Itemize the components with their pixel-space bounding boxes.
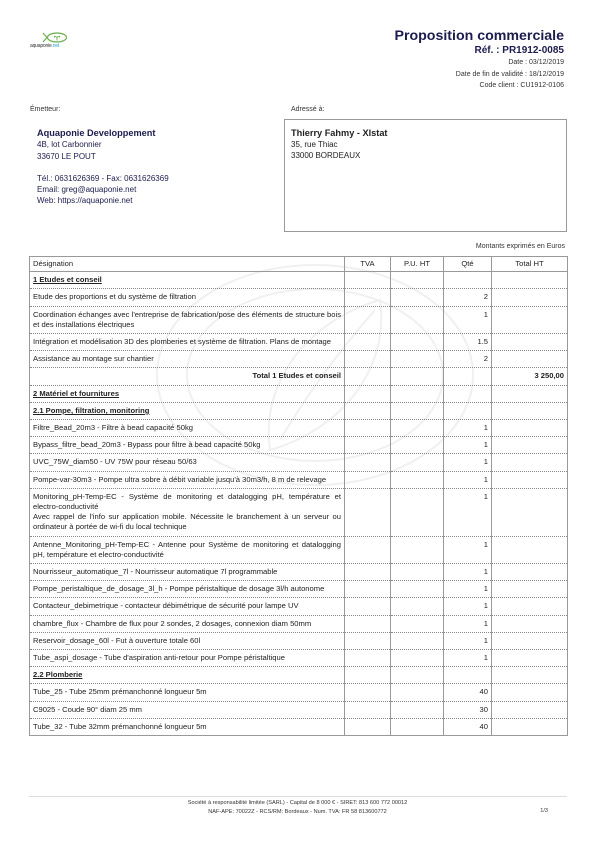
cell-tva (345, 351, 391, 368)
cell-quantity: 1 (444, 306, 492, 333)
cell-total (492, 701, 568, 718)
cell-total (492, 334, 568, 351)
cell-tva (345, 488, 391, 536)
header-unit-price: P.U. HT (391, 257, 444, 272)
table-row: Filtre_Bead_20m3 - Filtre à bead capacit… (30, 420, 568, 437)
cell-total (492, 650, 568, 667)
cell-total (492, 402, 568, 419)
cell-tva (345, 564, 391, 581)
cell-tva (345, 684, 391, 701)
document-reference: Réf. : PR1912-0085 (394, 44, 564, 57)
cell-designation: Etude des proportions et du système de f… (30, 289, 345, 306)
cell-total (492, 351, 568, 368)
cell-designation: Assistance au montage sur chantier (30, 351, 345, 368)
cell-tva (345, 471, 391, 488)
table-header-row: Désignation TVA P.U. HT Qté Total HT (30, 257, 568, 272)
cell-unit-price (391, 701, 444, 718)
cell-designation: Nourrisseur_automatique_7l - Nourrisseur… (30, 564, 345, 581)
cell-unit-price (391, 632, 444, 649)
cell-quantity (444, 272, 492, 289)
cell-quantity: 1 (444, 650, 492, 667)
section-row: 1 Etudes et conseil (30, 272, 568, 289)
cell-designation: Monitoring_pH-Temp-EC - Système de monit… (30, 488, 345, 536)
cell-designation: Antenne_Monitoring_pH-Temp-EC - Antenne … (30, 536, 345, 563)
cell-total (492, 385, 568, 402)
document-title: Proposition commerciale (394, 28, 564, 44)
table-row: Tube_25 - Tube 25mm prémanchonné longueu… (30, 684, 568, 701)
cell-quantity: 40 (444, 684, 492, 701)
cell-designation: Tube_32 - Tube 32mm prémanchonné longueu… (30, 718, 345, 735)
cell-designation: 2.2 Plomberie (30, 667, 345, 684)
section-row: 2 Matériel et fournitures (30, 385, 568, 402)
company-logo: aquaponie.net (30, 32, 80, 54)
cell-unit-price (391, 368, 444, 385)
cell-tva (345, 402, 391, 419)
cell-unit-price (391, 684, 444, 701)
cell-quantity: 1 (444, 454, 492, 471)
cell-quantity: 30 (444, 701, 492, 718)
cell-unit-price (391, 272, 444, 289)
cell-total (492, 564, 568, 581)
cell-unit-price (391, 581, 444, 598)
cell-total (492, 718, 568, 735)
recipient-address-line1: 35, rue Thiac (291, 139, 560, 150)
cell-quantity: 40 (444, 718, 492, 735)
cell-total (492, 306, 568, 333)
cell-quantity: 2 (444, 351, 492, 368)
table-row: C9025 - Coude 90° diam 25 mm30 (30, 701, 568, 718)
cell-tva (345, 289, 391, 306)
cell-designation: Bypass_filtre_bead_20m3 - Bypass pour fi… (30, 437, 345, 454)
header-total: Total HT (492, 257, 568, 272)
cell-tva (345, 306, 391, 333)
table-row: Antenne_Monitoring_pH-Temp-EC - Antenne … (30, 536, 568, 563)
cell-unit-price (391, 334, 444, 351)
table-row: Coordination échanges avec l'entreprise … (30, 306, 568, 333)
footer-line1: Société à responsabilité limitée (SARL) … (0, 799, 595, 808)
emitter-email: Email: greg@aquaponie.net (37, 184, 169, 195)
cell-tva (345, 718, 391, 735)
cell-quantity: 1 (444, 581, 492, 598)
cell-total (492, 272, 568, 289)
cell-total (492, 454, 568, 471)
cell-total (492, 684, 568, 701)
cell-designation: Tube_25 - Tube 25mm prémanchonné longueu… (30, 684, 345, 701)
cell-quantity: 1.5 (444, 334, 492, 351)
logo-brand-text: aquaponie.net (30, 43, 80, 49)
cell-designation: Reservoir_dosage_60l - Fut à ouverture t… (30, 632, 345, 649)
cell-designation: C9025 - Coude 90° diam 25 mm (30, 701, 345, 718)
cell-total (492, 488, 568, 536)
emitter-name: Aquaponie Developpement (37, 128, 169, 139)
table-row: Pompe-var-30m3 - Pompe ultra sobre à déb… (30, 471, 568, 488)
cell-designation: Pompe-var-30m3 - Pompe ultra sobre à déb… (30, 471, 345, 488)
cell-quantity (444, 385, 492, 402)
table-row: Tube_aspi_dosage - Tube d'aspiration ant… (30, 650, 568, 667)
cell-designation: 1 Etudes et conseil (30, 272, 345, 289)
cell-unit-price (391, 306, 444, 333)
cell-designation: Pompe_peristaltique_de_dosage_3l_h - Pom… (30, 581, 345, 598)
table-row: UVC_75W_diam50 - UV 75W pour réseau 50/6… (30, 454, 568, 471)
fish-sprout-logo-icon (42, 32, 68, 43)
cell-tva (345, 385, 391, 402)
emitter-address-line1: 4B, lot Carbonnier (37, 139, 169, 150)
cell-total (492, 536, 568, 563)
table-row: Contacteur_debimetrique - contacteur déb… (30, 598, 568, 615)
cell-tva (345, 650, 391, 667)
emitter-block: Aquaponie Developpement 4B, lot Carbonni… (37, 128, 169, 207)
cell-total (492, 420, 568, 437)
cell-unit-price (391, 385, 444, 402)
document-date: Date : 03/12/2019 (394, 57, 564, 69)
cell-unit-price (391, 667, 444, 684)
cell-total (492, 615, 568, 632)
cell-unit-price (391, 471, 444, 488)
cell-total (492, 581, 568, 598)
cell-quantity (444, 667, 492, 684)
cell-quantity: 1 (444, 420, 492, 437)
cell-unit-price (391, 488, 444, 536)
cell-total (492, 289, 568, 306)
cell-quantity: 1 (444, 437, 492, 454)
page-number: 1/3 (540, 808, 548, 814)
cell-designation: Coordination échanges avec l'entreprise … (30, 306, 345, 333)
cell-tva (345, 334, 391, 351)
validity-date: Date de fin de validité : 18/12/2019 (394, 69, 564, 81)
cell-tva (345, 701, 391, 718)
cell-designation: Total 1 Etudes et conseil (30, 368, 345, 385)
footer-line2: NAF-APE: 70022Z - RCS/RM: Bordeaux - Num… (0, 808, 595, 817)
cell-quantity: 1 (444, 488, 492, 536)
footer-divider (29, 796, 567, 797)
cell-tva (345, 420, 391, 437)
cell-unit-price (391, 564, 444, 581)
table-row: chambre_flux - Chambre de flux pour 2 so… (30, 615, 568, 632)
header-designation: Désignation (30, 257, 345, 272)
recipient-address-line2: 33000 BORDEAUX (291, 150, 560, 161)
cell-tva (345, 272, 391, 289)
recipient-block: Thierry Fahmy - Xlstat 35, rue Thiac 330… (284, 119, 567, 232)
table-row: Pompe_peristaltique_de_dosage_3l_h - Pom… (30, 581, 568, 598)
cell-quantity (444, 402, 492, 419)
cell-unit-price (391, 536, 444, 563)
cell-designation: Filtre_Bead_20m3 - Filtre à bead capacit… (30, 420, 345, 437)
items-table: Désignation TVA P.U. HT Qté Total HT 1 E… (29, 256, 568, 736)
cell-unit-price (391, 598, 444, 615)
emitter-address-line2: 33670 LE POUT (37, 151, 169, 162)
table-row: Nourrisseur_automatique_7l - Nourrisseur… (30, 564, 568, 581)
cell-quantity: 1 (444, 471, 492, 488)
table-row: Bypass_filtre_bead_20m3 - Bypass pour fi… (30, 437, 568, 454)
cell-unit-price (391, 402, 444, 419)
cell-tva (345, 437, 391, 454)
cell-tva (345, 598, 391, 615)
cell-designation: Contacteur_debimetrique - contacteur déb… (30, 598, 345, 615)
currency-note: Montants exprimés en Euros (476, 243, 565, 250)
table-row: Intégration et modélisation 3D des plomb… (30, 334, 568, 351)
cell-total (492, 632, 568, 649)
table-row: Assistance au montage sur chantier2 (30, 351, 568, 368)
cell-quantity (444, 368, 492, 385)
recipient-name: Thierry Fahmy - Xlstat (291, 128, 560, 139)
emitter-web: Web: https://aquaponie.net (37, 195, 169, 206)
cell-tva (345, 667, 391, 684)
cell-designation: chambre_flux - Chambre de flux pour 2 so… (30, 615, 345, 632)
table-row: Reservoir_dosage_60l - Fut à ouverture t… (30, 632, 568, 649)
cell-total (492, 598, 568, 615)
section-row: 2.1 Pompe, filtration, monitoring (30, 402, 568, 419)
recipient-label: Adressé à: (291, 106, 324, 113)
client-code: Code client : CU1912-0106 (394, 80, 564, 92)
cell-designation: Intégration et modélisation 3D des plomb… (30, 334, 345, 351)
cell-quantity: 2 (444, 289, 492, 306)
cell-quantity: 1 (444, 536, 492, 563)
cell-tva (345, 581, 391, 598)
cell-unit-price (391, 718, 444, 735)
cell-quantity: 1 (444, 632, 492, 649)
cell-unit-price (391, 650, 444, 667)
header-tva: TVA (345, 257, 391, 272)
cell-total: 3 250,00 (492, 368, 568, 385)
legal-footer: Société à responsabilité limitée (SARL) … (0, 799, 595, 816)
cell-tva (345, 454, 391, 471)
cell-total (492, 437, 568, 454)
emitter-phone-fax: Tél.: 0631626369 - Fax: 0631626369 (37, 173, 169, 184)
cell-unit-price (391, 289, 444, 306)
cell-unit-price (391, 351, 444, 368)
cell-unit-price (391, 615, 444, 632)
table-row: Monitoring_pH-Temp-EC - Système de monit… (30, 488, 568, 536)
cell-tva (345, 536, 391, 563)
cell-quantity: 1 (444, 598, 492, 615)
cell-tva (345, 632, 391, 649)
cell-designation: UVC_75W_diam50 - UV 75W pour réseau 50/6… (30, 454, 345, 471)
cell-designation: 2.1 Pompe, filtration, monitoring (30, 402, 345, 419)
emitter-label: Émetteur: (30, 106, 60, 113)
cell-tva (345, 368, 391, 385)
cell-designation: Tube_aspi_dosage - Tube d'aspiration ant… (30, 650, 345, 667)
document-header: Proposition commerciale Réf. : PR1912-00… (394, 28, 564, 92)
cell-quantity: 1 (444, 615, 492, 632)
cell-unit-price (391, 437, 444, 454)
header-quantity: Qté (444, 257, 492, 272)
cell-quantity: 1 (444, 564, 492, 581)
table-row: Etude des proportions et du système de f… (30, 289, 568, 306)
cell-unit-price (391, 454, 444, 471)
cell-unit-price (391, 420, 444, 437)
table-row: Tube_32 - Tube 32mm prémanchonné longueu… (30, 718, 568, 735)
cell-total (492, 667, 568, 684)
cell-total (492, 471, 568, 488)
subtotal-row: Total 1 Etudes et conseil3 250,00 (30, 368, 568, 385)
section-row: 2.2 Plomberie (30, 667, 568, 684)
cell-tva (345, 615, 391, 632)
cell-designation: 2 Matériel et fournitures (30, 385, 345, 402)
